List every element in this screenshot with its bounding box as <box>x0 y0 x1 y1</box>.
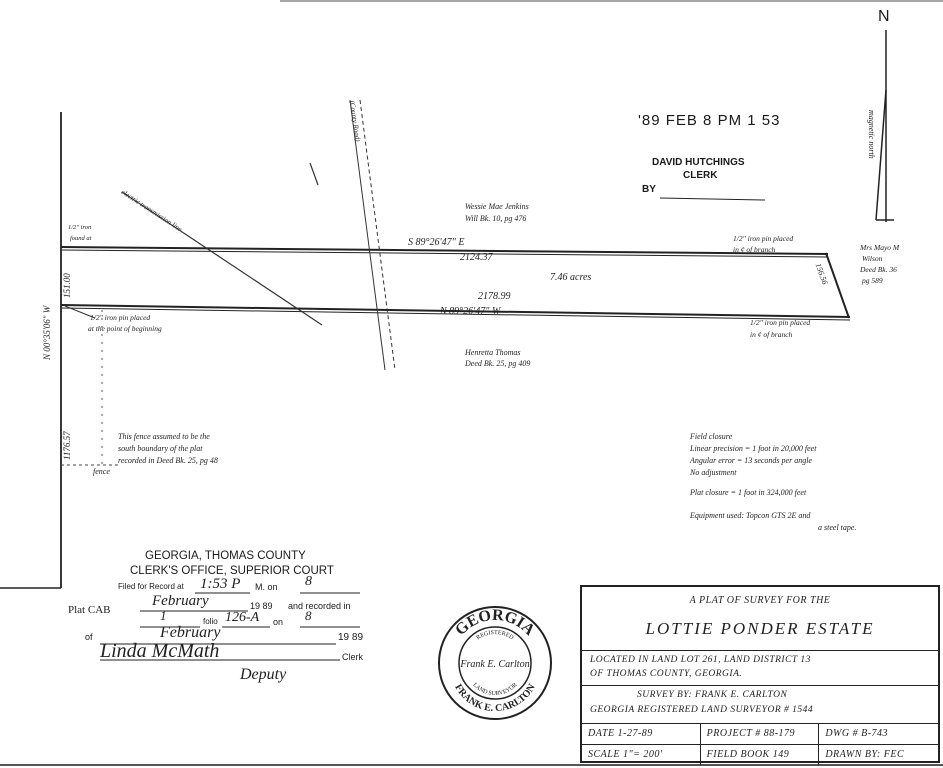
pin-se-line1: 1/2" iron pin placed <box>750 318 810 327</box>
svg-text:REGISTERED: REGISTERED <box>476 630 515 642</box>
closure-note-4: No adjustment <box>690 468 736 477</box>
west-line-distance: 151.00 <box>62 273 72 298</box>
adjoiner-south-ref: Deed Bk. 25, pg 409 <box>465 359 530 368</box>
clerk-stamp-title: CLERK <box>683 170 717 181</box>
south-line-bearing: N 89°26'47" W <box>440 306 500 317</box>
surveyor-line1: Survey by: Frank E. Carlton <box>637 690 787 700</box>
magnetic-north-label: magnetic north <box>867 110 876 159</box>
closure-note-6: Equipment used: Topcon GTS 2E and <box>690 511 810 520</box>
adjoiner-north-name: Wessie Mae Jenkins <box>465 202 529 211</box>
adjoiner-east-line4: pg 589 <box>862 276 883 285</box>
surveyor-seal: GEORGIA FRANK E. CARLTON REGISTERED LAND… <box>436 604 554 722</box>
closure-note-7: a steel tape. <box>818 523 856 532</box>
west-extension-distance: 1176.57 <box>62 431 72 460</box>
dwg-cell: Dwg # B-743 <box>819 724 938 744</box>
south-line-distance: 2178.99 <box>478 291 511 302</box>
pin-nw-line1: 1/2" iron <box>68 224 91 231</box>
drawn-by-cell: Drawn by: FEC <box>819 745 938 765</box>
north-arrow-label: N <box>878 8 890 26</box>
closure-note-5: Plat closure = 1 foot in 324,000 feet <box>690 488 806 497</box>
pin-ne-line2: in ¢ of branch <box>733 245 775 254</box>
location-line2: of Thomas County, Georgia. <box>590 669 742 679</box>
project-cell: Project # 88-179 <box>701 724 820 744</box>
title-block: A Plat of Survey for the Lottie Ponder E… <box>580 585 940 763</box>
location-line1: Located in Land Lot 261, Land District 1… <box>590 655 811 665</box>
pin-sw-line2: at the point of beginning <box>88 324 162 333</box>
adjoiner-north-ref: Will Bk. 10, pg 476 <box>465 214 526 223</box>
west-bearing: N 00°35'06" W <box>42 306 52 360</box>
pin-sw-line1: 1/2" iron pin placed <box>90 313 150 322</box>
pin-nw-line2: found at <box>70 235 92 242</box>
surveyor-line2: Georgia Registered Land Surveyor # 1544 <box>590 705 813 715</box>
recorder-underlines <box>60 548 380 688</box>
fence-label: fence <box>93 467 110 476</box>
north-line-distance: 2124.37 <box>460 252 493 263</box>
clerk-stamp-datetime: '89 FEB 8 PM 1 53 <box>638 112 780 129</box>
estate-name: Lottie Ponder Estate <box>582 619 938 639</box>
clerk-stamp-by: BY <box>642 184 656 195</box>
field-book-cell: Field Book 149 <box>701 745 820 765</box>
closure-note-1: Field closure <box>690 432 732 441</box>
svg-text:Frank E. Carlton: Frank E. Carlton <box>459 659 529 670</box>
plat-drawing: N magnetic north '89 FEB 8 PM 1 53 DAVID… <box>0 0 943 768</box>
closure-note-2: Linear precision = 1 foot in 20,000 feet <box>690 444 816 453</box>
clerk-stamp-name: DAVID HUTCHINGS <box>652 157 745 168</box>
pin-se-line2: in ¢ of branch <box>750 330 792 339</box>
scale-cell: Scale 1"= 200' <box>582 745 701 765</box>
fence-note-line2: south boundary of the plat <box>118 444 202 453</box>
fence-note-line1: This fence assumed to be the <box>118 432 210 441</box>
title-heading: A Plat of Survey for the <box>582 595 938 606</box>
pin-ne-line1: 1/2" iron pin placed <box>733 234 793 243</box>
parcel-area: 7.46 acres <box>550 272 591 283</box>
adjoiner-south-name: Henretta Thomas <box>465 348 520 357</box>
date-cell: Date 1-27-89 <box>582 724 701 744</box>
north-line-bearing: S 89°26'47" E <box>408 237 464 248</box>
closure-note-3: Angular error = 13 seconds per angle <box>690 456 812 465</box>
seal-graphic: GEORGIA FRANK E. CARLTON REGISTERED LAND… <box>436 604 554 722</box>
adjoiner-east-line1: Mrs Mayo M <box>860 243 899 252</box>
adjoiner-east-line3: Deed Bk. 36 <box>860 265 897 274</box>
adjoiner-east-line2: Wilson <box>862 254 882 263</box>
fence-note-line3: recorded in Deed Bk. 25, pg 48 <box>118 456 218 465</box>
